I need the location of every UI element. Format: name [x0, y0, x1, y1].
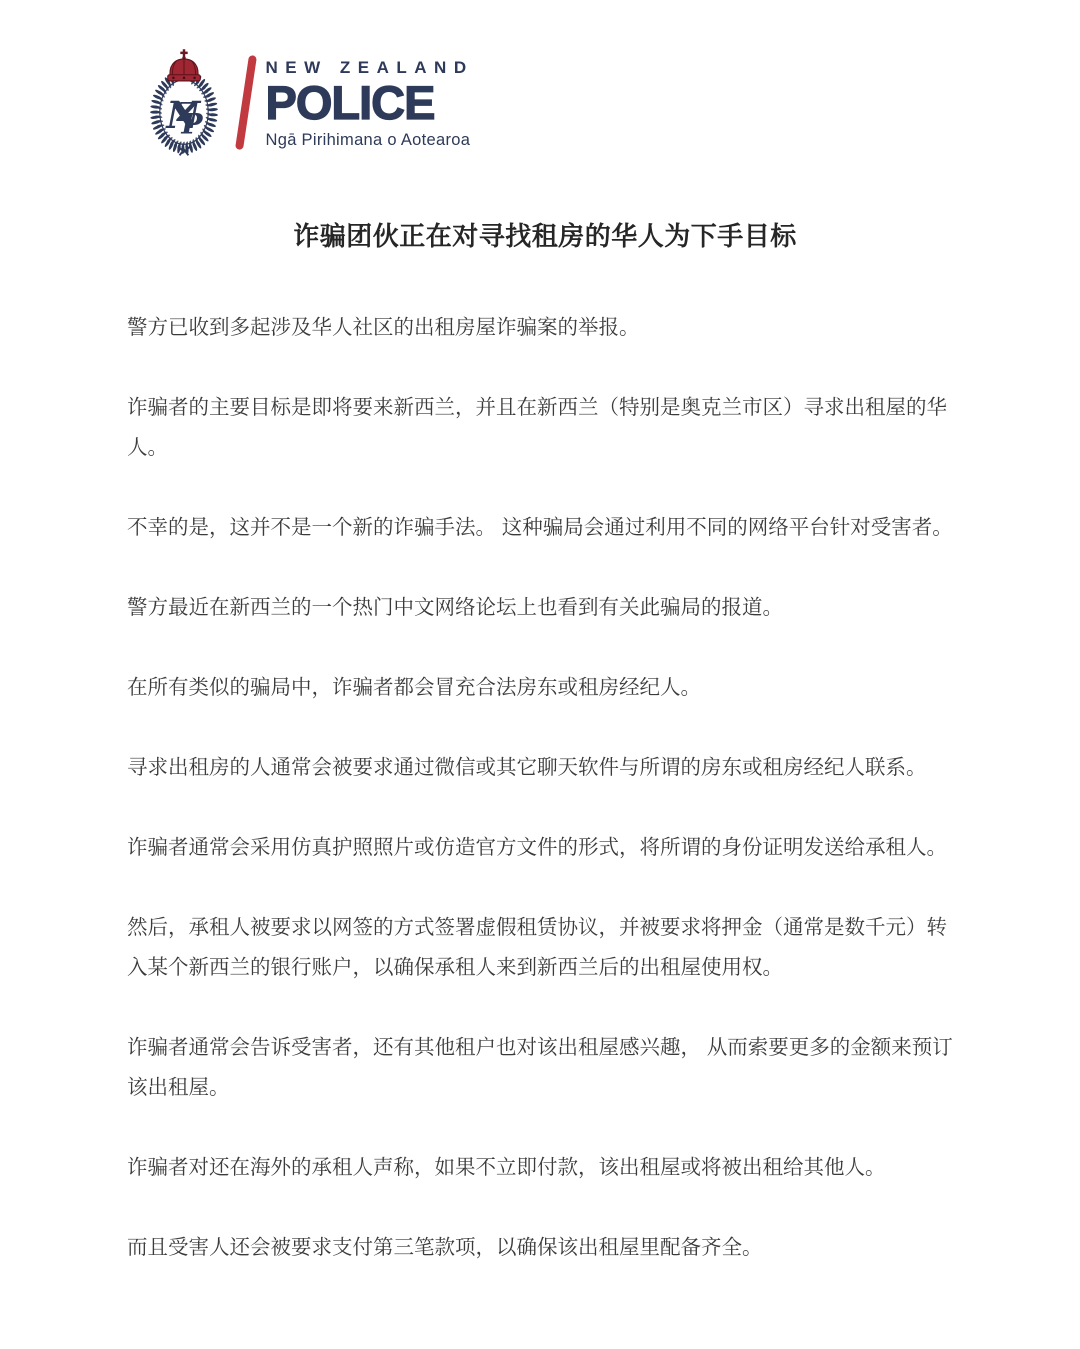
police-crest-icon: N Z P — [140, 45, 228, 167]
article-paragraph: 诈骗者通常会告诉受害者，还有其他租户也对该出租屋感兴趣， 从而索要更多的金额来预… — [127, 1028, 963, 1108]
monogram-icon: N Z P — [165, 93, 203, 140]
article-paragraph: 然后，承租人被要求以网签的方式签署虚假租赁协议，并被要求将押金（通常是数千元）转… — [127, 908, 963, 988]
logo-region-text: NEW ZEALAND — [266, 58, 474, 78]
article-paragraph: 寻求出租房的人通常会被要求通过微信或其它聊天软件与所谓的房东或租房经纪人联系。 — [127, 748, 963, 788]
article-paragraph: 诈骗者通常会采用仿真护照照片或仿造官方文件的形式，将所谓的身份证明发送给承租人。 — [127, 828, 963, 868]
article-title: 诈骗团伙正在对寻找租房的华人为下手目标 — [127, 216, 963, 256]
article-paragraph: 在所有类似的骗局中，诈骗者都会冒充合法房东或租房经纪人。 — [127, 668, 963, 708]
article-paragraph: 诈骗者的主要目标是即将要来新西兰，并且在新西兰（特别是奥克兰市区）寻求出租屋的华… — [127, 388, 963, 468]
police-notice-page: N Z P NEW ZEA — [0, 0, 1080, 1349]
svg-text:P: P — [180, 107, 203, 140]
logo-police-text: POLICE — [266, 80, 474, 126]
logo-red-slash — [235, 55, 256, 150]
article-paragraph: 警方已收到多起涉及华人社区的出租房屋诈骗案的举报。 — [127, 308, 963, 348]
logo-maori-text: Ngā Pirihimana o Aotearoa — [266, 130, 474, 150]
crown-icon — [168, 49, 201, 81]
article-paragraph: 而且受害人还会被要求支付第三笔款项，以确保该出租屋里配备齐全。 — [127, 1228, 963, 1268]
article-body: 诈骗团伙正在对寻找租房的华人为下手目标 警方已收到多起涉及华人社区的出租房屋诈骗… — [127, 216, 963, 1268]
nz-police-logo: N Z P NEW ZEA — [0, 0, 1080, 167]
article-paragraph: 诈骗者对还在海外的承租人声称，如果不立即付款，该出租屋或将被出租给其他人。 — [127, 1148, 963, 1188]
article-paragraphs: 警方已收到多起涉及华人社区的出租房屋诈骗案的举报。诈骗者的主要目标是即将要来新西… — [127, 308, 963, 1268]
article-paragraph: 不幸的是，这并不是一个新的诈骗手法。 这种骗局会通过利用不同的网络平台针对受害者… — [127, 508, 963, 548]
logo-wordmark: NEW ZEALAND POLICE Ngā Pirihimana o Aote… — [266, 45, 474, 150]
article-paragraph: 警方最近在新西兰的一个热门中文网络论坛上也看到有关此骗局的报道。 — [127, 588, 963, 628]
